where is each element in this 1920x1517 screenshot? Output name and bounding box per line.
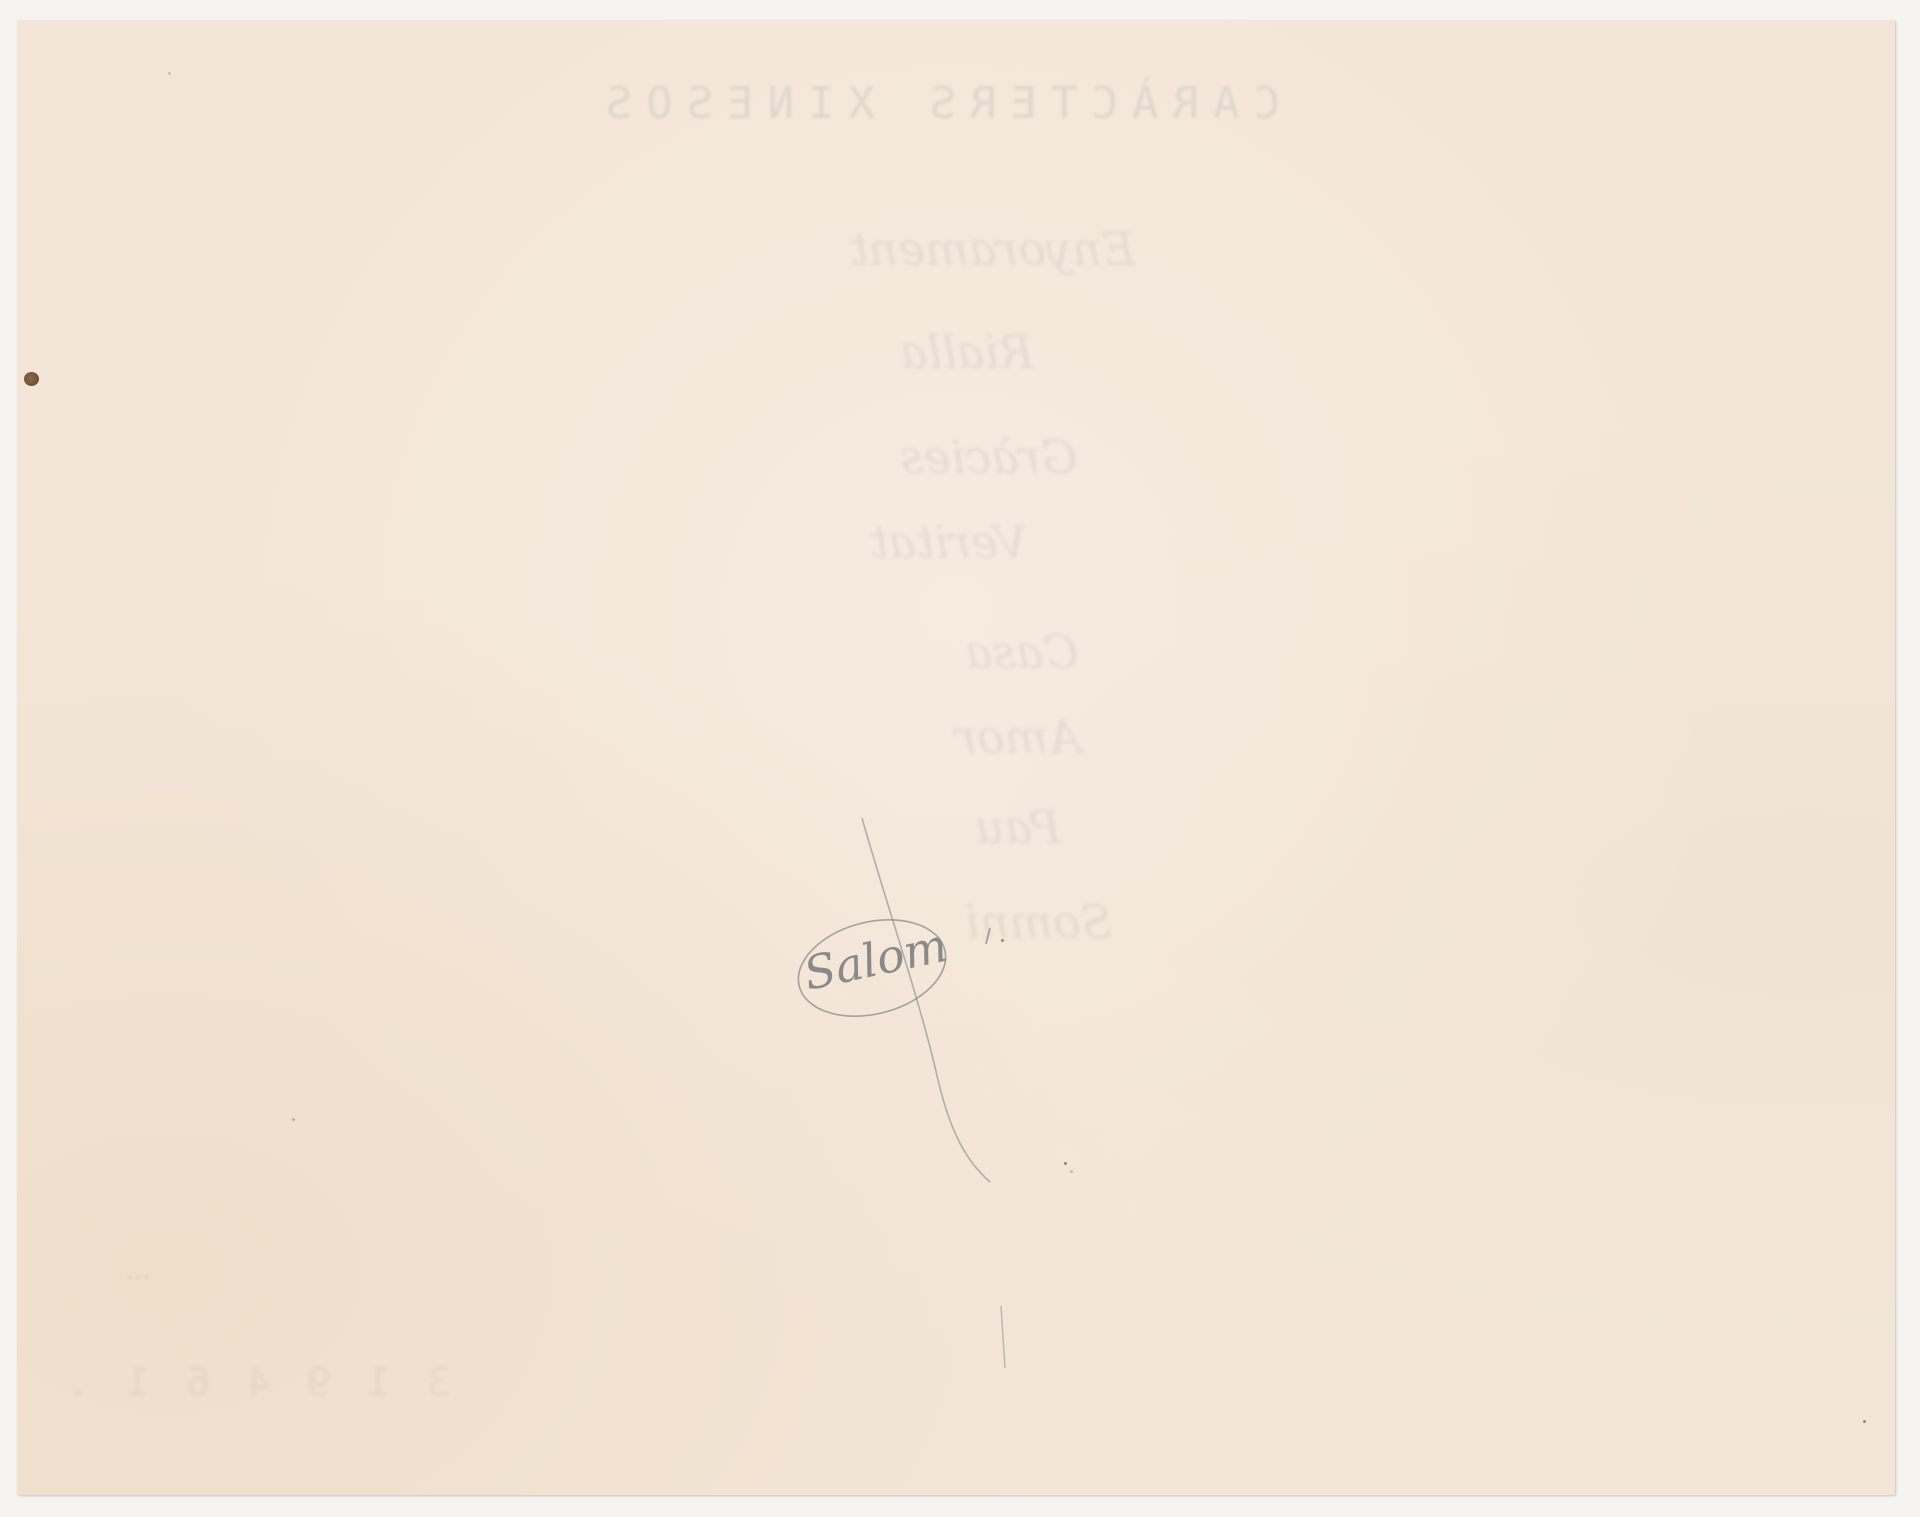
show-through-word: Pau	[975, 800, 1061, 854]
paper-speck	[1863, 1420, 1866, 1423]
bottom-left-faint-number: 3 1 9 4 6 1 .	[60, 1360, 451, 1406]
show-through-word: Amor	[955, 710, 1082, 764]
paper-speck	[168, 72, 171, 75]
paper-speck	[1064, 1162, 1067, 1165]
show-through-word: Casa	[965, 625, 1079, 679]
show-through-word: Somni	[965, 895, 1112, 949]
show-through-title: CARÀCTERS XINESOS	[640, 78, 1280, 129]
paper-speck	[292, 1118, 295, 1121]
show-through-word: Rialla	[900, 325, 1034, 379]
hole-mark	[24, 372, 39, 386]
bottom-left-faint-mark: …	[125, 1255, 151, 1285]
paper-speck	[1001, 939, 1004, 942]
show-through-word: Gràcies	[900, 430, 1077, 484]
show-through-word: Enyorament	[850, 222, 1135, 276]
paper-speck	[1070, 1170, 1073, 1173]
show-through-word: Veritat	[870, 515, 1027, 569]
